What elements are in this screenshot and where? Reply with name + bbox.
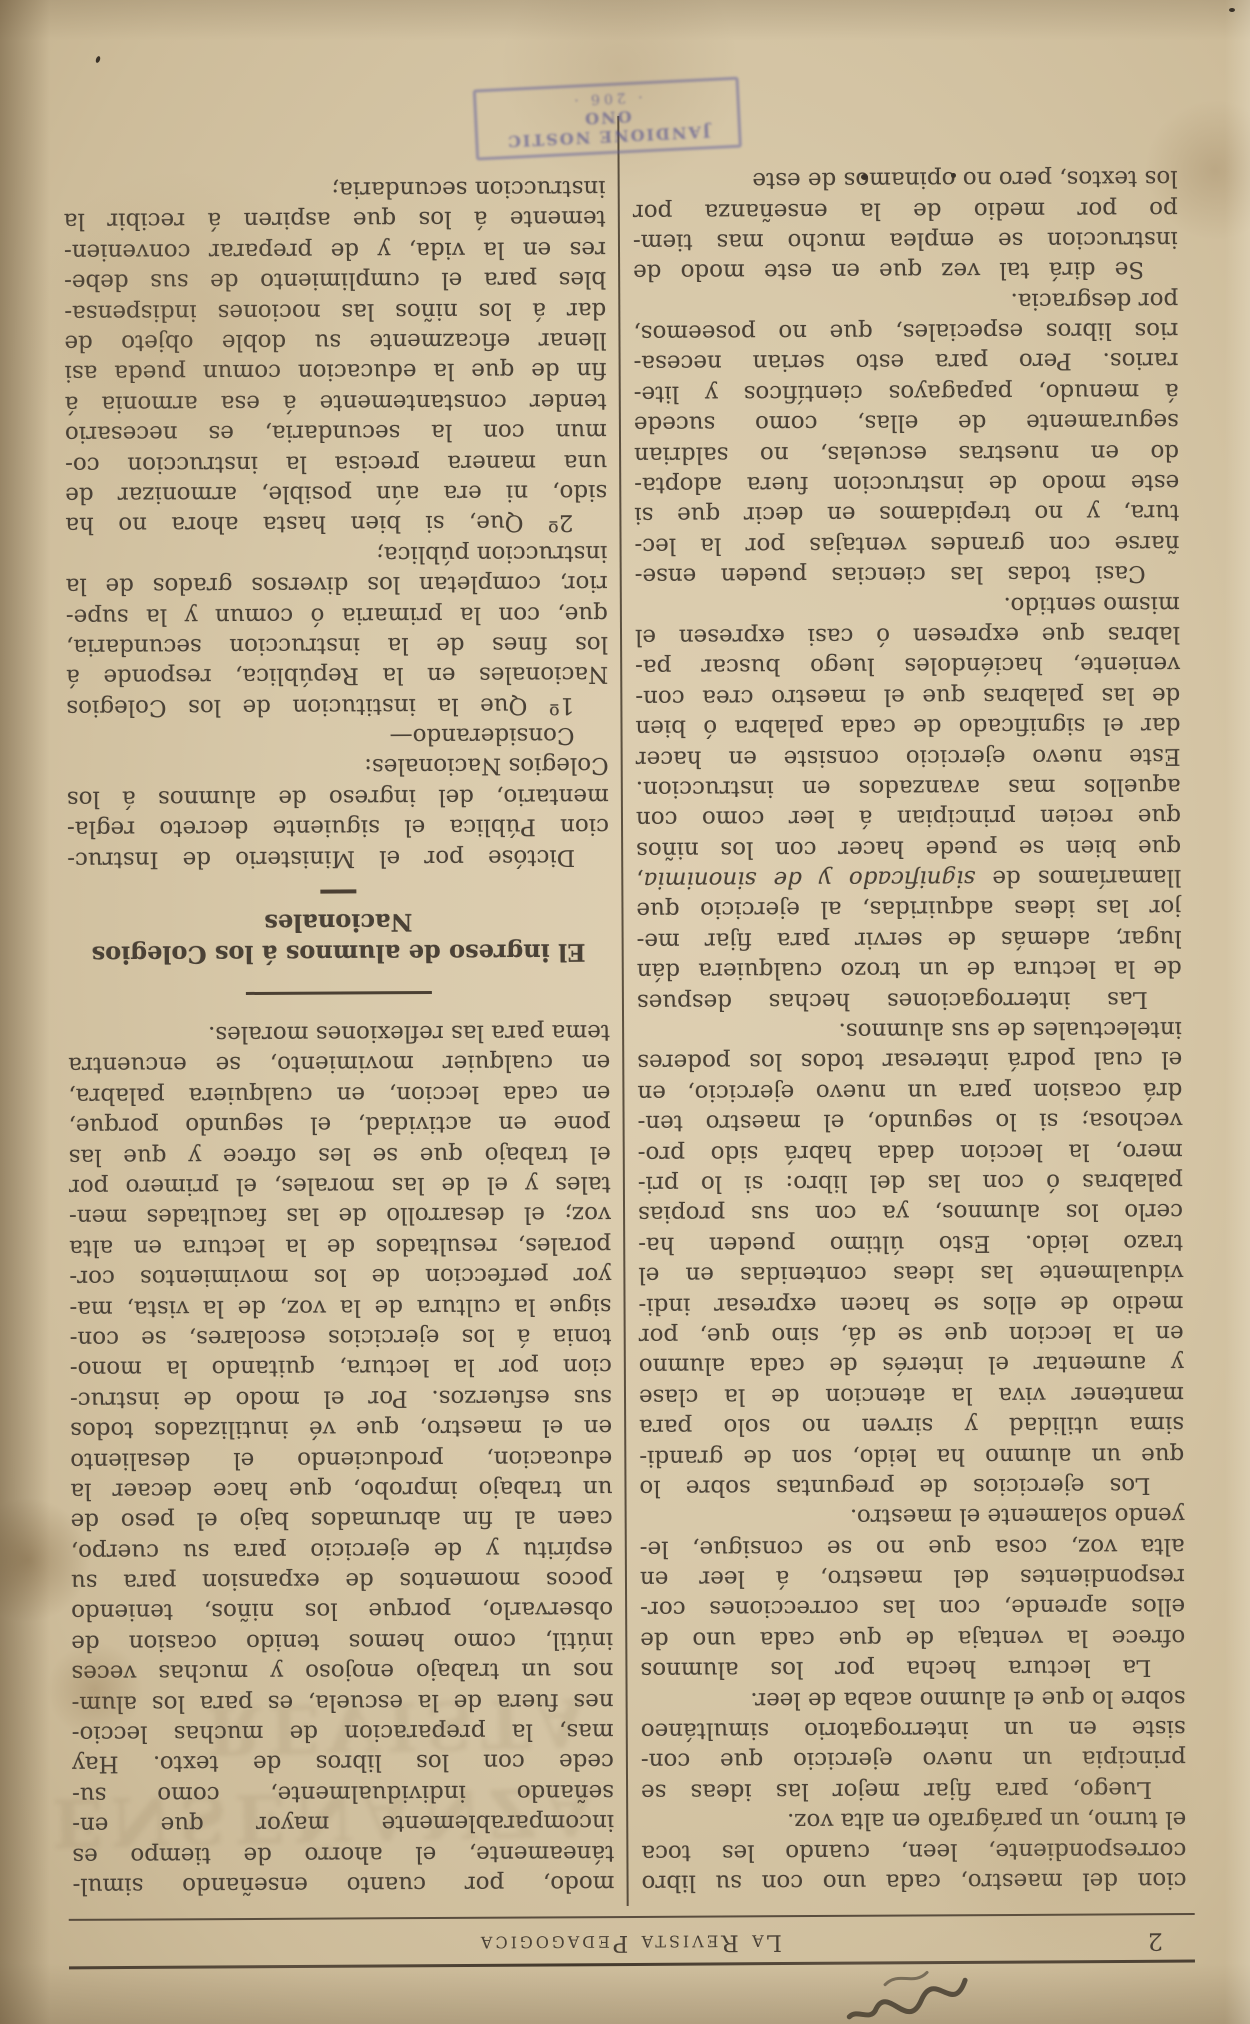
- text-line: dar el significado de cada palabra ó bie…: [635, 710, 1180, 743]
- paragraph: modo, por cuanto enseñando simul-táneame…: [68, 1017, 615, 1901]
- text-line: los fines de la instruccion secundaria,: [66, 629, 608, 662]
- paragraph: 1º Que la institucion de los ColegiosNac…: [66, 537, 609, 722]
- text-line: cede con los libros de texto. Hay: [72, 1746, 614, 1779]
- column-right: modo, por cuanto enseñando simul-táneame…: [64, 173, 615, 1901]
- text-line: sima utilidad y sirven no solo para: [639, 1409, 1184, 1442]
- text-line: rior, completan los diversos grados de l…: [66, 568, 608, 601]
- text-line: voz; el desarrollo de las facultades men…: [69, 1199, 611, 1232]
- text-line: nos un trabajo enojoso y muchas veces: [71, 1655, 613, 1688]
- text-line: veniente, haciéndoles luego buscar pa-: [635, 649, 1180, 682]
- text-line: siste en un interrogatorio simultáneo: [641, 1713, 1186, 1746]
- text-line: el trabajo que se les ofrece y que las: [69, 1138, 611, 1171]
- text-line: Luego, para fijar mejor las ideas se: [641, 1774, 1186, 1807]
- text-line: que recien principian á leer como con: [636, 801, 1181, 834]
- text-line: rarios. Pero para esto serian necesa-: [634, 345, 1179, 378]
- rotated-sheet: ENSEÑANZA REVISTA 2 La Revista Pedagogic…: [0, 0, 1250, 2024]
- text-line: tema para las reflexiones morales.: [68, 1017, 610, 1050]
- column-divider: [617, 116, 628, 1906]
- text-line: cion Pública el siguiente decreto regla-: [67, 811, 609, 844]
- text-line: instruccion pública;: [66, 537, 608, 570]
- text-line: 2º Que, si bien hasta ahora no ha: [65, 507, 607, 540]
- text-line: á menudo, papagayos científicos y lite-: [634, 376, 1179, 409]
- text-line: tales y el de las morales, el primero po…: [69, 1169, 611, 1202]
- text-line: en cualquier movimiento, se encuentra: [68, 1047, 610, 1080]
- text-line: intelectuales de sus alumnos.: [637, 1014, 1182, 1047]
- text-line: Colegios Nacionales:: [67, 750, 609, 783]
- text-line: La lectura hecha por los alumnos: [640, 1652, 1185, 1685]
- text-line: principia un nuevo ejercicio que con-: [641, 1743, 1186, 1776]
- text-line: drá ocasion para un nuevo ejercicio, en: [637, 1075, 1182, 1108]
- text-line: instruccion se emplea mucho mas tiem-: [633, 224, 1178, 257]
- journal-title: La Revista Pedagogica: [5, 1927, 1250, 1960]
- text-line: trazo leido. Esto último pueden ha-: [638, 1226, 1183, 1259]
- text-line: pone en actividad, el segundo porque,: [69, 1108, 611, 1141]
- text-line: 1º Que la institucion de los Colegios: [66, 689, 608, 722]
- text-line: yor perfeccion de los movimientos cor-: [69, 1260, 611, 1293]
- text-line: caen al fin abrumados bajo el peso de: [71, 1503, 613, 1536]
- text-line: mun con la secundaria, es necesario: [65, 416, 607, 449]
- text-line: Las interrogaciones hechas despues: [637, 983, 1182, 1016]
- text-line: un trabajo improbo, que hace decaer la: [70, 1473, 612, 1506]
- text-line: jor las ideas adquiridas, al ejercicio q…: [636, 892, 1181, 925]
- library-stamp: Jandione Nostic Ono · 206 ·: [473, 77, 742, 161]
- text-line: nes fuera de la escuela, es para los alu…: [72, 1685, 614, 1718]
- text-line: y aumentar el interés de cada alumno: [639, 1348, 1184, 1381]
- text-line: ofrece la ventaja de que cada uno de: [640, 1622, 1185, 1655]
- text-line: dar á los niños las nociones indispensa-: [64, 294, 606, 327]
- text-line: sobre lo que el alumno acaba de leer.: [641, 1682, 1186, 1715]
- paragraph: Considerando—: [66, 720, 608, 753]
- text-line: llamaríamos de significado y de sinonimi…: [636, 862, 1181, 895]
- paragraph: Los ejercicios de preguntas sobre loque …: [637, 1014, 1185, 1503]
- text-line: que un alumno ha leido, son de grandi-: [639, 1439, 1184, 1472]
- text-line: cerlo los alumnos, ya con sus propias: [638, 1196, 1183, 1229]
- paragraph: Las interrogaciones hechas despuesde la …: [635, 588, 1182, 1016]
- paragraph: La lectura hecha por los alumnosofrece l…: [640, 1500, 1186, 1685]
- text-line: Nacionales en la República, responde á: [66, 659, 608, 692]
- text-line: llenar eficazmente su doble objeto de: [64, 325, 606, 358]
- text-line: los textos, pero no opinamos de este: [633, 163, 1178, 196]
- text-line: cion del maestro, cada uno con su libro: [641, 1865, 1186, 1898]
- text-line: Los ejercicios de preguntas sobre lo: [639, 1470, 1184, 1503]
- text-line: res en la vida, y de preparar convenien-: [64, 234, 606, 267]
- text-line: porales, resultados de la lectura en alt…: [69, 1229, 611, 1262]
- text-line: táneamente, el ahorro de tiempo es: [72, 1837, 614, 1870]
- text-line: mentario, del ingreso de alumnos á los: [67, 781, 609, 814]
- text-line: una manera precisa la instruccion co-: [65, 446, 607, 479]
- text-line: medio de ellos se hacen expresar indi-: [638, 1287, 1183, 1320]
- text-line: respondientes del maestro, á leer en: [640, 1561, 1185, 1594]
- text-line: el cual podrá interesar todos los podere…: [637, 1044, 1182, 1077]
- text-line: tonia á los ejercicios escolares, se con…: [70, 1321, 612, 1354]
- text-line: este modo de instruccion fuera adopta-: [634, 467, 1179, 500]
- text-line: pocos momentos de expansion para su: [71, 1564, 613, 1597]
- text-line: ellos aprende, con las correcciones cor-: [640, 1591, 1185, 1624]
- text-line: alta voz, cosa que no se consigue, le-: [640, 1530, 1185, 1563]
- text-line: modo, por cuanto enseñando simul-: [72, 1868, 614, 1901]
- section-rule: [246, 991, 432, 995]
- text-line: palabras ó con las del libro: si lo pri-: [638, 1166, 1183, 1199]
- text-line: yendo solamente el maestro.: [640, 1500, 1185, 1533]
- text-line: correspondiente, leen, cuando les toca: [641, 1834, 1186, 1867]
- text-line: en cada leccion, en cualquiera palabra,: [68, 1078, 610, 1111]
- column-left: cion del maestro, cada uno con su libroc…: [633, 163, 1187, 1898]
- text-line: de las palabras que el maestro crea con-: [635, 679, 1180, 712]
- article-heading-line: El ingreso de alumnos á los Colegios: [68, 937, 610, 971]
- text-line: fin de que la educacion comun pueda asi: [65, 355, 607, 388]
- text-line: labras que expresen ó casi expresen el: [635, 619, 1180, 652]
- text-line: incomparablemente mayor que en-: [72, 1807, 614, 1840]
- text-line: mismo sentido.: [635, 588, 1180, 621]
- text-line: sido, ni era aún posible, armonizar de: [65, 477, 607, 510]
- text-line: do en nuestras escuelas, no saldrian: [634, 436, 1179, 469]
- text-line: tura, y no trepidamos en decir que si: [634, 497, 1179, 530]
- paragraph: Luego, para fijar mejor las ideas seprin…: [641, 1682, 1187, 1806]
- text-line: bles para el cumplimiento de sus debe-: [64, 264, 606, 297]
- text-line: cion por la lectura, quitando la mono-: [70, 1351, 612, 1384]
- text-line: Este nuevo ejercicio consiste en hacer: [636, 740, 1181, 773]
- text-line: de la lectura de un trozo cualquiera dán: [637, 953, 1182, 986]
- text-line: Se dirá tal vez que en este modo de: [633, 254, 1178, 287]
- text-line: aquellos mas avanzados en instruccion.: [636, 771, 1181, 804]
- text-line: inútil, como hemos tenido ocasion de: [71, 1625, 613, 1658]
- page-content: ENSEÑANZA REVISTA 2 La Revista Pedagogic…: [0, 0, 1250, 2024]
- paragraph: Dictóse por el Ministerio de Instruc-cio…: [67, 750, 610, 874]
- text-line: mas, la preparacion de muchas leccio-: [72, 1716, 614, 1749]
- text-line: en el maestro, que vé inutilizados todos: [70, 1412, 612, 1445]
- text-line: espíritu y de ejercicio para su cuerpo,: [71, 1533, 613, 1566]
- text-line: que bien se puede hacer con los niños: [636, 831, 1181, 864]
- scanned-page: ENSEÑANZA REVISTA 2 La Revista Pedagogic…: [0, 0, 1250, 2024]
- text-line: sus esfuerzos. Por el modo de instruc-: [70, 1381, 612, 1414]
- paragraph: Casi todas las ciencias pueden ense-ñars…: [633, 284, 1180, 591]
- text-line: por desgracia.: [633, 284, 1178, 317]
- text-line: mero, la leccion dada habrá sido pro-: [638, 1135, 1183, 1168]
- text-line: vidualmente las ideas contenidas en el: [638, 1257, 1183, 1290]
- paragraph: cion del maestro, cada uno con su libroc…: [641, 1804, 1186, 1898]
- text-line: Considerando—: [66, 720, 608, 753]
- text-line: que, con la primaria ó comun y la supe-: [66, 598, 608, 631]
- header-rule-bottom: [69, 1913, 1195, 1921]
- article-heading: El ingreso de alumnos á los ColegiosNaci…: [67, 906, 609, 971]
- text-line: lugar, además de servir para fijar me-: [637, 923, 1182, 956]
- text-line: rios libros especiales, que no poseemos,: [633, 315, 1178, 348]
- text-line: instruccion secundaria;: [64, 173, 606, 206]
- text-line: el turno, un parágrafo en alta voz.: [641, 1804, 1186, 1837]
- text-line: po por medio de la enseñanza por: [633, 193, 1178, 226]
- text-line: educacion, produciendo el desaliento: [70, 1442, 612, 1475]
- text-line: tender constantemente á esa armonia á: [65, 386, 607, 419]
- text-line: Casi todas las ciencias pueden ense-: [635, 558, 1180, 591]
- text-line: señando individualmente, como su-: [72, 1777, 614, 1810]
- header-rule-top: [69, 1960, 1195, 1970]
- text-line: mantener viva la atencion de la clase: [639, 1378, 1184, 1411]
- text-line: vechosa; si lo segundo, el maestro ten-: [638, 1105, 1183, 1138]
- text-line: sigue la cultura de la voz, de la vista,…: [69, 1290, 611, 1323]
- article-heading-line: Nacionales: [67, 906, 609, 940]
- ink-scribble-icon: [833, 1960, 973, 2024]
- text-line: observarlo, porque los niños, teniendo: [71, 1594, 613, 1627]
- paragraph: Se dirá tal vez que en este modo deinstr…: [633, 163, 1179, 287]
- text-line: temente á los que aspiren á recibir la: [64, 203, 606, 236]
- text-line: en la leccion que se dá, sino que, por: [639, 1318, 1184, 1351]
- text-line: Dictóse por el Ministerio de Instruc-: [67, 841, 609, 874]
- text-line: seguramente de ellas, como sucede: [634, 406, 1179, 439]
- text-line: ñarse con grandes ventajas por la lec-: [634, 528, 1179, 561]
- paragraph: 2º Que, si bien hasta ahora no hasido, n…: [64, 173, 608, 541]
- section-dash: [320, 889, 356, 893]
